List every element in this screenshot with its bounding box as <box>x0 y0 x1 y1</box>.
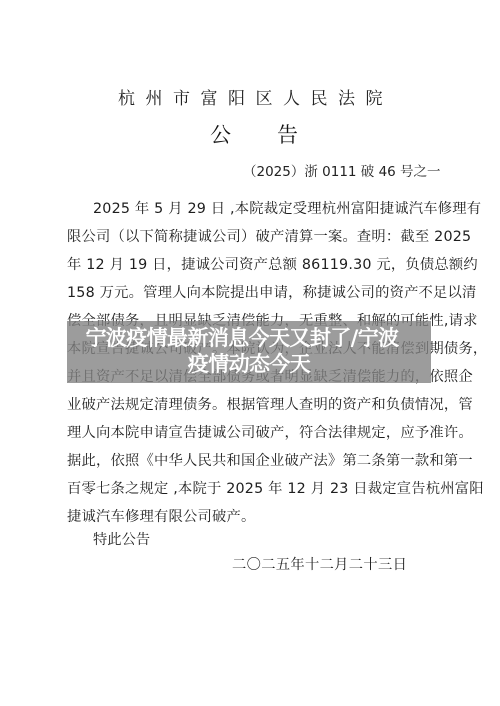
body-line: 理人向本院申请宣告捷诚公司破产，符合法律规定，应予准许。 <box>67 423 447 443</box>
headline-overlay-line-2: 疫情动态今天 <box>67 352 431 376</box>
notice-title-char-2: 告 <box>277 119 298 149</box>
body-line: 158 万元。管理人向本院提出申请，称捷诚公司的资产不足以清 <box>67 283 447 303</box>
case-number: （2025）浙 0111 破 46 号之一 <box>243 160 441 180</box>
notice-title-char-1: 公 <box>210 119 231 149</box>
body-line: 据此，依照《中华人民共和国企业破产法》第二条第一款和第一 <box>67 451 447 471</box>
notice-date: 二〇二五年十二月二十三日 <box>232 555 407 575</box>
closing-text: 特此公告 <box>93 530 150 550</box>
court-name: 杭州市富阳区人民法院 <box>118 84 398 109</box>
notice-title: 公告 <box>210 119 310 149</box>
body-line: 业破产法规定清理债务。根据管理人查明的资产和负债情况，管 <box>67 395 447 415</box>
body-line: 捷诚汽车修理有限公司破产。 <box>67 507 255 527</box>
body-line: 年 12 月 19 日，捷诚公司资产总额 86119.30 元，负债总额约 <box>67 255 447 275</box>
body-line: 2025 年 5 月 29 日 ,本院裁定受理杭州富阳捷诚汽车修理有 <box>93 199 447 219</box>
body-line: 百零七条之规定 ,本院于 2025 年 12 月 23 日裁定宣告杭州富阳 <box>67 479 447 499</box>
body-line: 限公司（以下简称捷诚公司）破产清算一案。查明：截至 2025 <box>67 227 447 247</box>
headline-overlay-line-1: 宁波疫情最新消息今天又封了/宁波 <box>62 326 422 350</box>
